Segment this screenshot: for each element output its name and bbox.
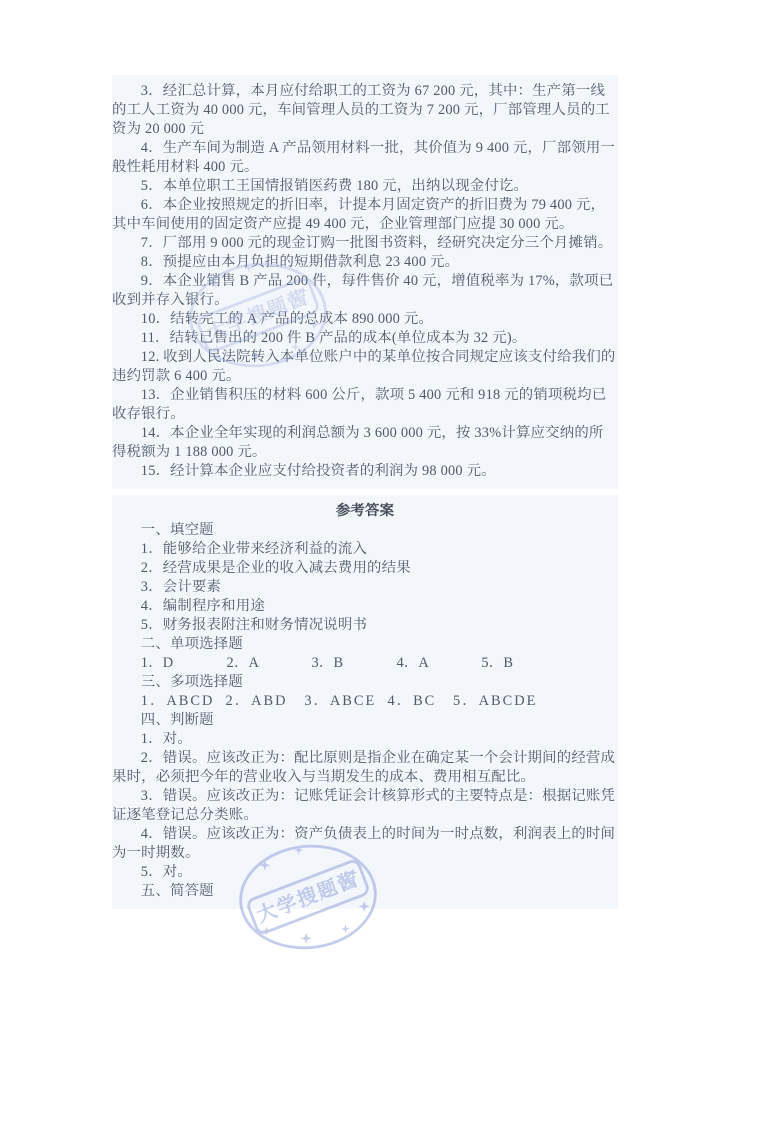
text-line: 1．D 2．A 3．B 4．A 5．B xyxy=(112,654,618,673)
text-line: 11．结转已售出的 200 件 B 产品的成本(单位成本为 32 元)。 xyxy=(112,329,618,348)
text-line: 15．经计算本企业应支付给投资者的利润为 98 000 元。 xyxy=(112,462,618,481)
text-line: 1．对。 xyxy=(112,730,618,749)
text-line: 7．厂部用 9 000 元的现金订购一批图书资料，经研究决定分三个月摊销。 xyxy=(112,234,618,253)
text-line: 1．ABCD 2．ABD 3．ABCE 4．BC 5．ABCDE xyxy=(112,692,618,711)
text-line: 二、单项选择题 xyxy=(112,635,618,654)
answer-section: 参考答案一、填空题1．能够给企业带来经济利益的流入2．经营成果是企业的收入减去费… xyxy=(112,495,618,909)
text-line: 5．对。 xyxy=(112,863,618,882)
text-line: 三、多项选择题 xyxy=(112,673,618,692)
text-line: 四、判断题 xyxy=(112,711,618,730)
exercise-section: 3．经汇总计算，本月应付给职工的工资为 67 200 元，其中：生产第一线的工人… xyxy=(112,75,618,489)
text-line: 2．经营成果是企业的收入减去费用的结果 xyxy=(112,559,618,578)
text-line: 9．本企业销售 B 产品 200 件，每件售价 40 元，增值税率为 17%，款… xyxy=(112,272,618,310)
text-line: 3．经汇总计算，本月应付给职工的工资为 67 200 元，其中：生产第一线的工人… xyxy=(112,82,618,139)
text-line: 14．本企业全年实现的利润总额为 3 600 000 元，按 33%计算应交纳的… xyxy=(112,424,618,462)
text-line: 4．编制程序和用途 xyxy=(112,597,618,616)
text-line: 4．生产车间为制造 A 产品领用材料一批，其价值为 9 400 元，厂部领用一般… xyxy=(112,139,618,177)
text-line: 1．能够给企业带来经济利益的流入 xyxy=(112,540,618,559)
answers-heading: 参考答案 xyxy=(112,502,618,521)
text-line: 2．错误。应该改正为：配比原则是指企业在确定某一个会计期间的经营成果时，必须把今… xyxy=(112,749,618,787)
text-line: 13．企业销售积压的材料 600 公斤，款项 5 400 元和 918 元的销项… xyxy=(112,386,618,424)
text-line: 3．会计要素 xyxy=(112,578,618,597)
text-line: 8．预提应由本月负担的短期借款利息 23 400 元。 xyxy=(112,253,618,272)
text-line: 5．本单位职工王国情报销医药费 180 元，出纳以现金付讫。 xyxy=(112,177,618,196)
text-line: 12. 收到人民法院转入本单位账户中的某单位按合同规定应该支付给我们的违约罚款 … xyxy=(112,348,618,386)
text-line: 5．财务报表附注和财务情况说明书 xyxy=(112,616,618,635)
text-line: 一、填空题 xyxy=(112,521,618,540)
text-line: 4．错误。应该改正为：资产负债表上的时间为一时点数，利润表上的时间为一时期数。 xyxy=(112,825,618,863)
text-line: 6．本企业按照规定的折旧率，计提本月固定资产的折旧费为 79 400 元，其中车… xyxy=(112,196,618,234)
text-line: 3．错误。应该改正为：记账凭证会计核算形式的主要特点是：根据记账凭证逐笔登记总分… xyxy=(112,787,618,825)
text-line: 10．结转完工的 A 产品的总成本 890 000 元。 xyxy=(112,310,618,329)
text-line: 五、简答题 xyxy=(112,882,618,901)
